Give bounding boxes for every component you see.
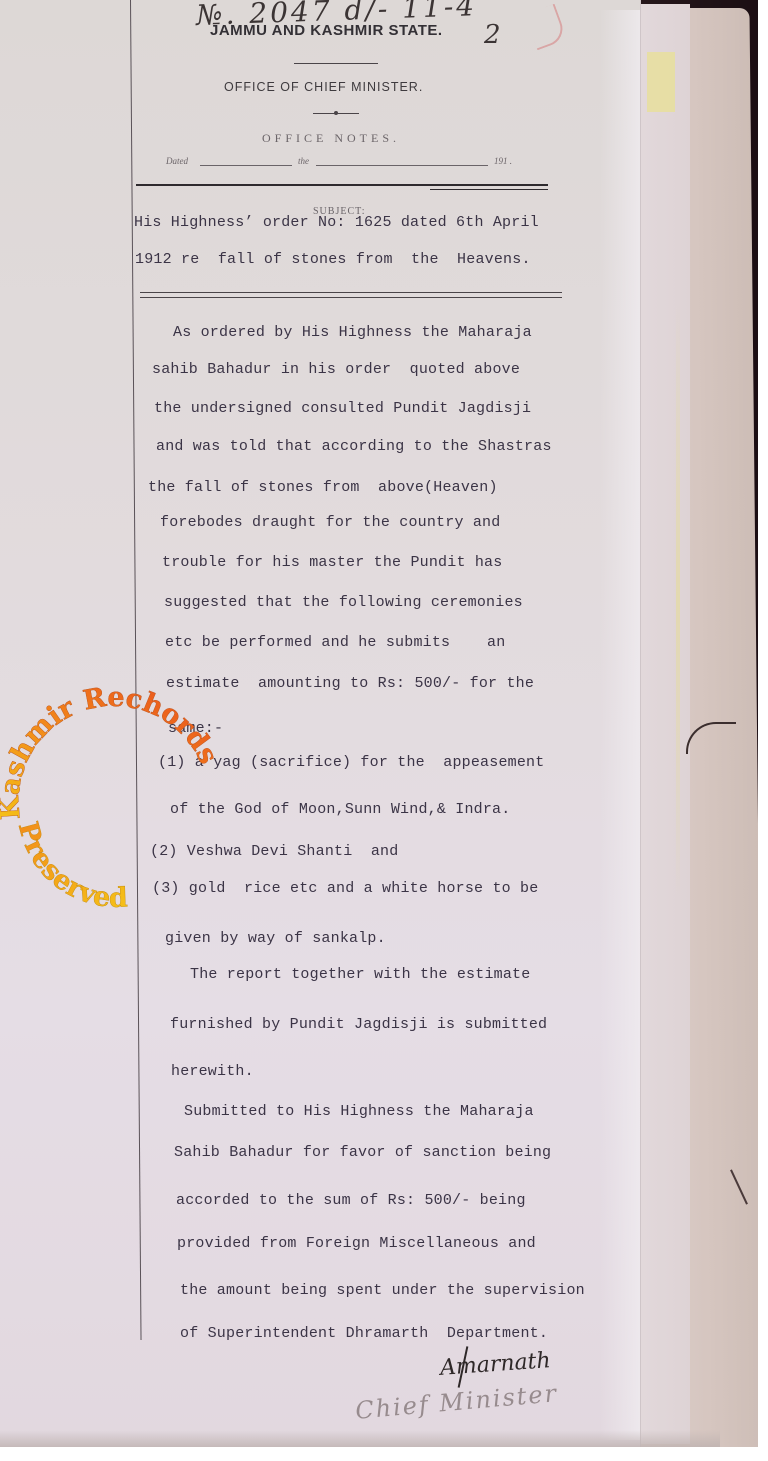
body-line: the undersigned consulted Pundit Jagdisj… [154,400,531,417]
ceremony-list-item: (2) Veshwa Devi Shanti and [150,843,398,860]
paper-edge-shading [600,10,640,1440]
ornament-dot [334,111,338,115]
submission-line: the amount being spent under the supervi… [180,1282,585,1299]
subject-line: 1912 re fall of stones from the Heavens. [135,251,531,268]
submission-line: provided from Foreign Miscellaneous and [177,1235,536,1252]
body-line: trouble for his master the Pundit has [162,554,502,571]
dated-blank-line [200,165,292,166]
body-line: As ordered by His Highness the Maharaja [173,324,532,341]
subject-line: His Highness’ order No: 1625 dated 6th A… [134,214,539,231]
report-line: furnished by Pundit Jagdisji is submitte… [170,1016,547,1033]
signature-secondary: Chief Minister [354,1379,559,1425]
ceremony-list-item: (1) a yag (sacrifice) for the appeasemen… [158,754,544,771]
header-rule-secondary [430,189,548,190]
yellow-edge-strip [676,300,680,900]
handwritten-page-number: 2 [484,20,501,50]
submission-line: Submitted to His Highness the Maharaja [184,1103,534,1120]
body-line: sahib Bahadur in his order quoted above [152,361,520,378]
letterhead-section-title: OFFICE NOTES. [262,131,400,146]
header-rule [136,184,548,186]
body-line: suggested that the following ceremonies [164,594,523,611]
signature-primary: Amarnath [439,1348,551,1381]
submission-line: of Superintendent Dhramarth Department. [180,1325,548,1342]
date-blank-line [316,165,488,166]
paper-bottom-shadow [0,1430,720,1447]
the-label: the [298,156,309,166]
body-line: the fall of stones from above(Heaven) [148,479,498,496]
year-prefix: 191 . [494,156,512,166]
ceremony-list-item: (3) gold rice etc and a white horse to b… [152,880,538,897]
letterhead-office: OFFICE OF CHIEF MINISTER. [224,80,423,94]
body-line: etc be performed and he submits an [165,634,505,651]
letterhead-state: JAMMU AND KASHMIR STATE. [210,22,443,39]
ceremony-list-item: of the God of Moon,Sunn Wind,& Indra. [170,801,510,818]
body-line: forebodes draught for the country and [160,514,500,531]
submission-line: Sahib Bahadur for favor of sanction bein… [174,1144,551,1161]
body-line: same:- [168,720,223,737]
dated-label: Dated [166,156,188,166]
office-note-paper: №. 2047 d/- 11-4 2 JAMMU AND KASHMIR STA… [0,0,641,1447]
margin-rule [130,0,142,1340]
red-pencil-mark [524,4,567,51]
right-border [758,0,768,1461]
body-line: and was told that according to the Shast… [156,438,552,455]
body-line: estimate amounting to Rs: 500/- for the [166,675,534,692]
bottom-border [0,1447,768,1461]
letterhead-divider [294,63,378,64]
report-line: The report together with the estimate [190,966,530,983]
submission-line: accorded to the sum of Rs: 500/- being [176,1192,526,1209]
yellow-flag-tab [647,52,675,112]
subject-double-rule [140,292,562,298]
report-line: herewith. [171,1063,254,1080]
ceremony-list-item: given by way of sankalp. [165,930,386,947]
